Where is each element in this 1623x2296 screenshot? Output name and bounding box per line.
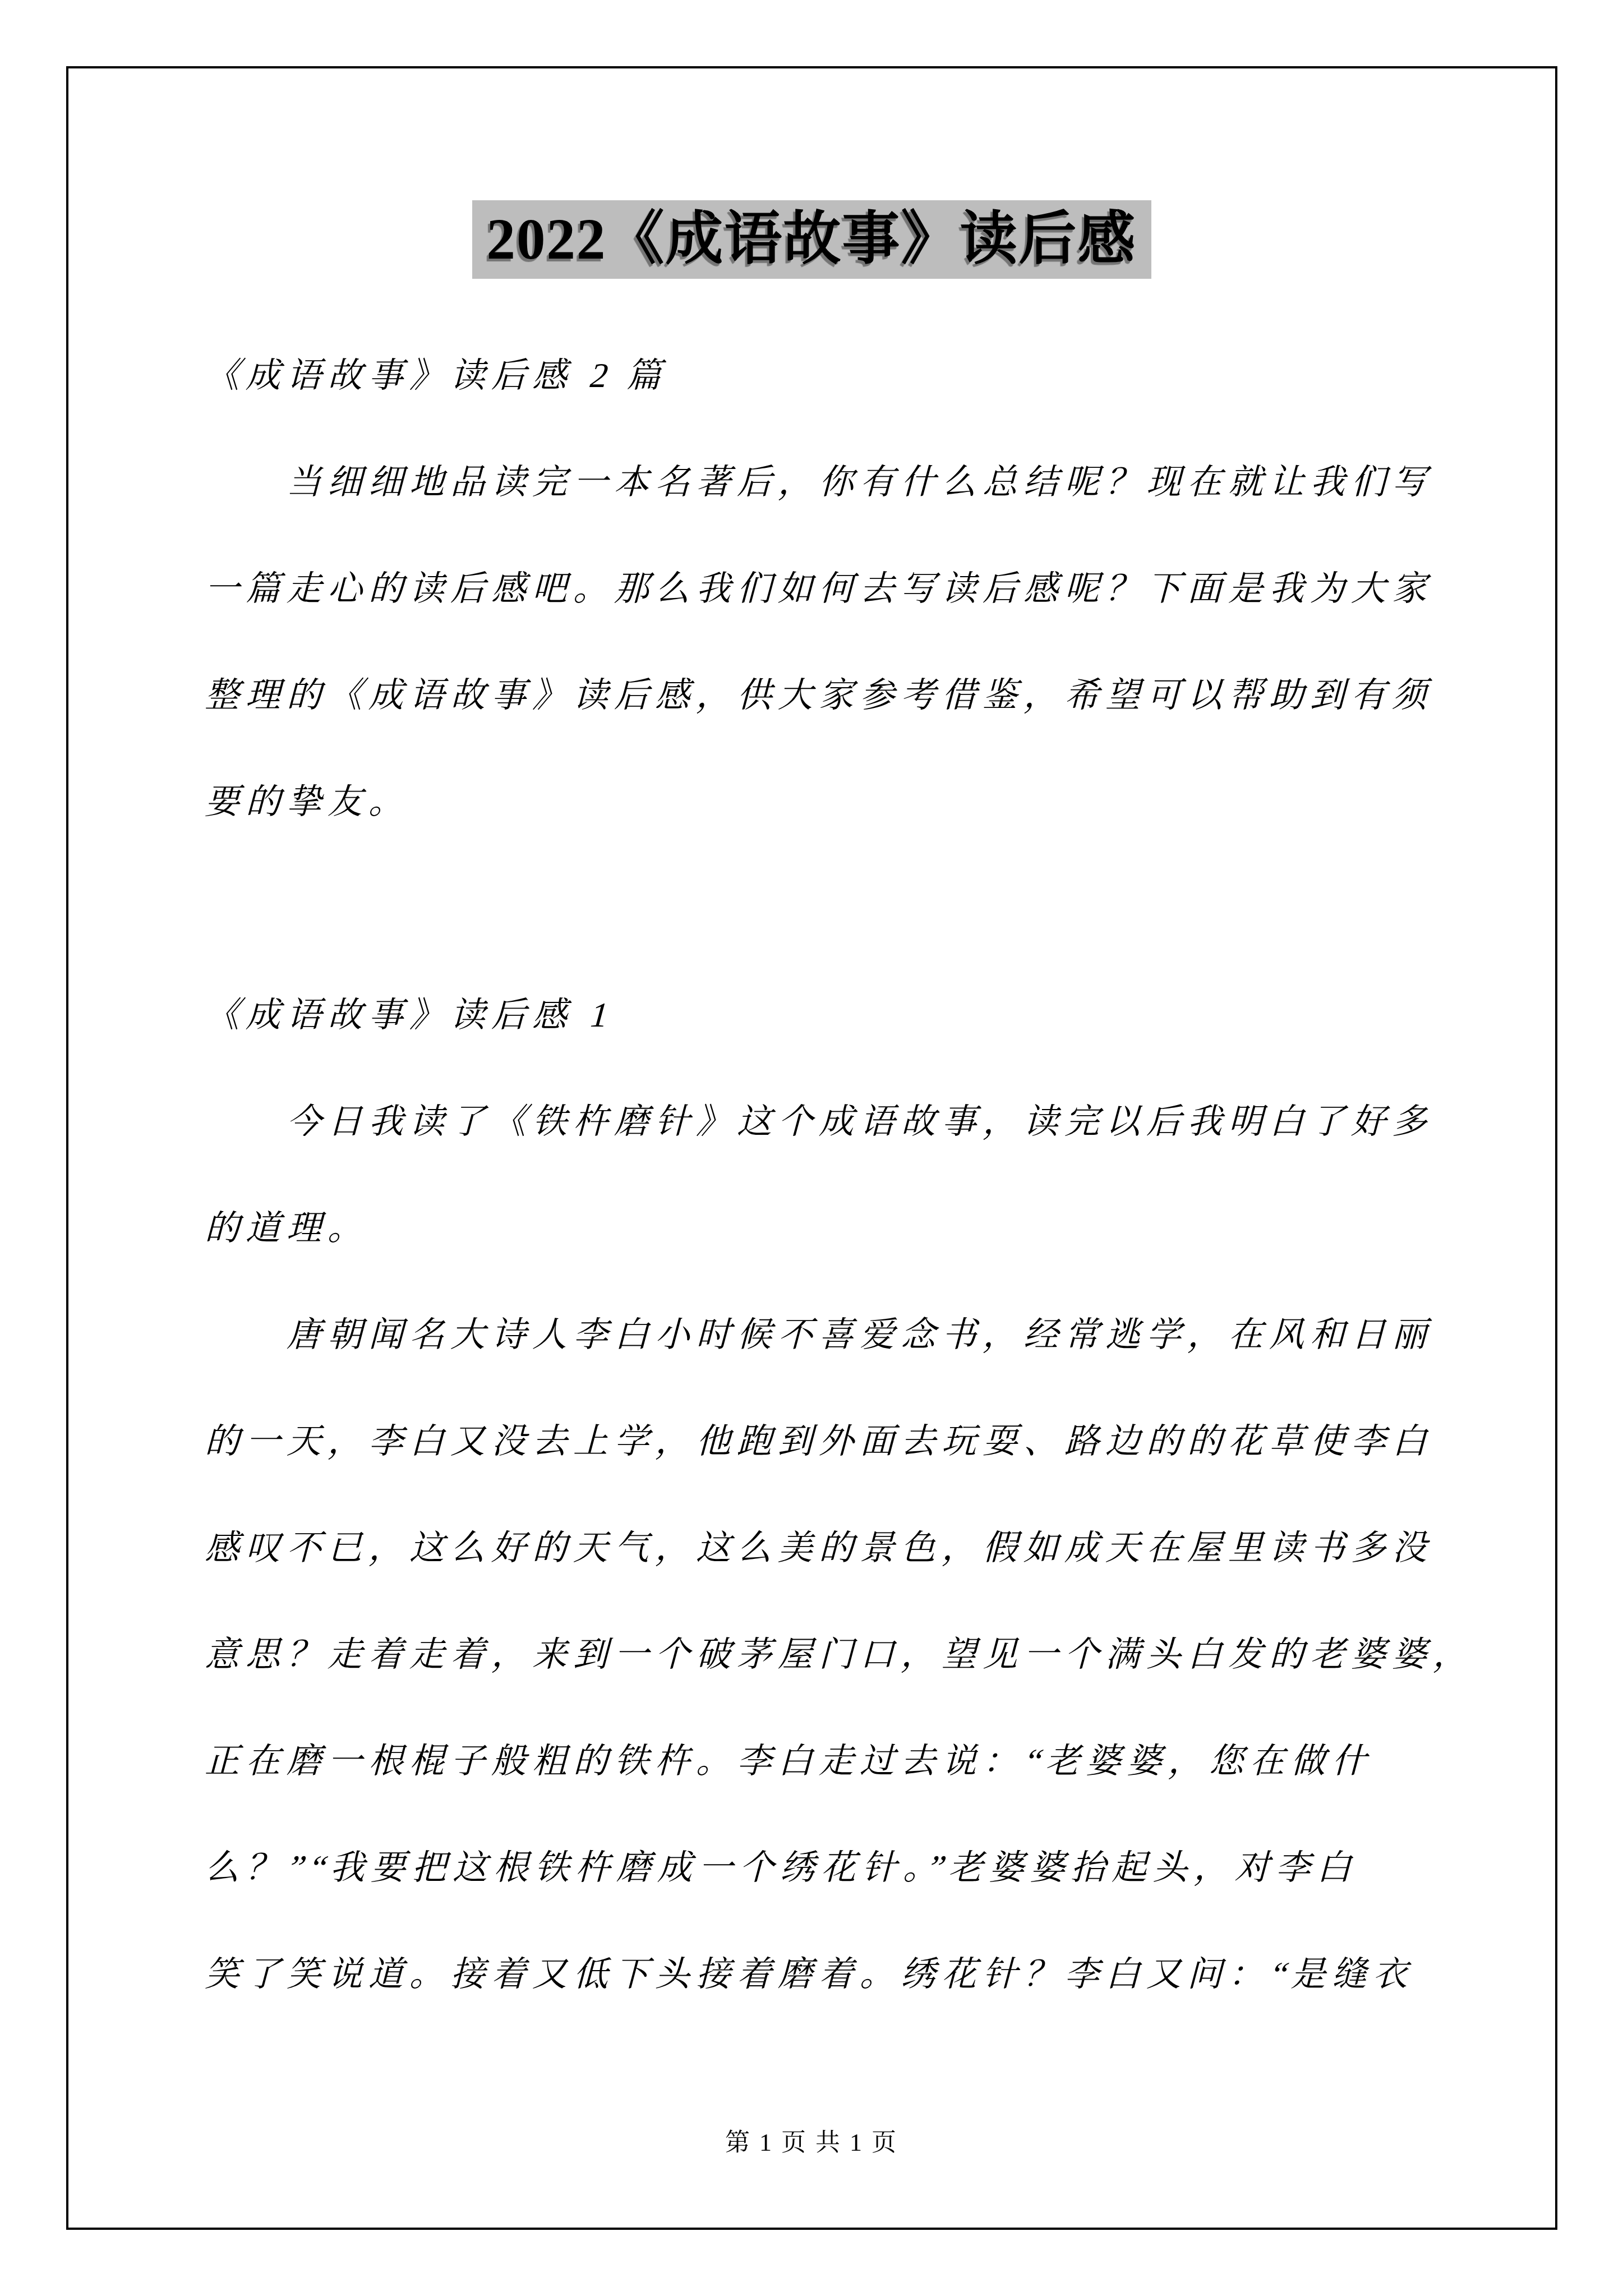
- body-line: 笑了笑说道。接着又低下头接着磨着。绣花针？李白又问：“是缝衣: [208, 1921, 1458, 2028]
- title-row: 2022《成语故事》读后感: [0, 200, 1623, 279]
- body-line-text: 《成语故事》读后感 2 篇: [193, 323, 685, 429]
- body-line: 正在磨一根棍子般粗的铁杵。李白走过去说：“老婆婆，您在做什: [208, 1708, 1458, 1815]
- body-line: 整理的《成语故事》读后感，供大家参考借鉴，希望可以帮助到有须: [208, 642, 1458, 749]
- body-line: 感叹不已，这么好的天气，这么美的景色，假如成天在屋里读书多没: [208, 1495, 1458, 1602]
- body-text: 《成语故事》读后感 2 篇当细细地品读完一本名著后，你有什么总结呢？现在就让我们…: [208, 323, 1458, 2028]
- body-line-text: 的一天，李白又没去上学，他跑到外面去玩耍、路边的的花草使李白: [193, 1388, 1450, 1495]
- body-line: 《成语故事》读后感 1: [208, 962, 1458, 1069]
- body-line-text: 感叹不已，这么好的天气，这么美的景色，假如成天在屋里读书多没: [193, 1495, 1450, 1602]
- body-line-text: 笑了笑说道。接着又低下头接着磨着。绣花针？李白又问：“是缝衣: [193, 1921, 1431, 2028]
- body-line: 的道理。: [208, 1175, 1458, 1282]
- body-line: 《成语故事》读后感 2 篇: [208, 323, 1458, 429]
- body-line: [208, 855, 1458, 962]
- body-line-text: 正在磨一根棍子般粗的铁杵。李白走过去说：“老婆婆，您在做什: [193, 1708, 1390, 1815]
- body-line-text: 么？”“我要把这根铁杵磨成一个绣花针。”老婆婆抬起头，对李白: [193, 1815, 1375, 1921]
- body-line: 当细细地品读完一本名著后，你有什么总结呢？现在就让我们写: [208, 429, 1458, 536]
- body-line-text: 当细细地品读完一本名著后，你有什么总结呢？现在就让我们写: [275, 429, 1450, 536]
- body-line-text: 的道理。: [193, 1175, 386, 1282]
- body-line: 一篇走心的读后感吧。那么我们如何去写读后感呢？下面是我为大家: [208, 536, 1458, 642]
- page-footer: 第 1 页 共 1 页: [0, 2125, 1623, 2161]
- body-line: 要的挚友。: [208, 749, 1458, 855]
- page-number-text: 第 1 页 共 1 页: [725, 2129, 898, 2156]
- body-line-text: 要的挚友。: [193, 749, 427, 855]
- body-line-text: 今日我读了《铁杵磨针》这个成语故事，读完以后我明白了好多: [275, 1069, 1450, 1175]
- page-title: 2022《成语故事》读后感: [472, 200, 1151, 279]
- body-line-text: 一篇走心的读后感吧。那么我们如何去写读后感呢？下面是我为大家: [193, 536, 1450, 642]
- body-line-text: 《成语故事》读后感 1: [193, 962, 629, 1069]
- body-line: 今日我读了《铁杵磨针》这个成语故事，读完以后我明白了好多: [208, 1069, 1458, 1175]
- body-line-text: 整理的《成语故事》读后感，供大家参考借鉴，希望可以帮助到有须: [193, 642, 1450, 749]
- body-line: 的一天，李白又没去上学，他跑到外面去玩耍、路边的的花草使李白: [208, 1388, 1458, 1495]
- document-page: 2022《成语故事》读后感 《成语故事》读后感 2 篇当细细地品读完一本名著后，…: [0, 0, 1623, 2296]
- body-line-text: 意思？走着走着，来到一个破茅屋门口，望见一个满头白发的老婆婆，: [193, 1602, 1491, 1708]
- body-line: 么？”“我要把这根铁杵磨成一个绣花针。”老婆婆抬起头，对李白: [208, 1815, 1458, 1921]
- body-line-text: 唐朝闻名大诗人李白小时候不喜爱念书，经常逃学，在风和日丽: [275, 1282, 1450, 1388]
- body-line: 意思？走着走着，来到一个破茅屋门口，望见一个满头白发的老婆婆，: [208, 1602, 1458, 1708]
- body-line: 唐朝闻名大诗人李白小时候不喜爱念书，经常逃学，在风和日丽: [208, 1282, 1458, 1388]
